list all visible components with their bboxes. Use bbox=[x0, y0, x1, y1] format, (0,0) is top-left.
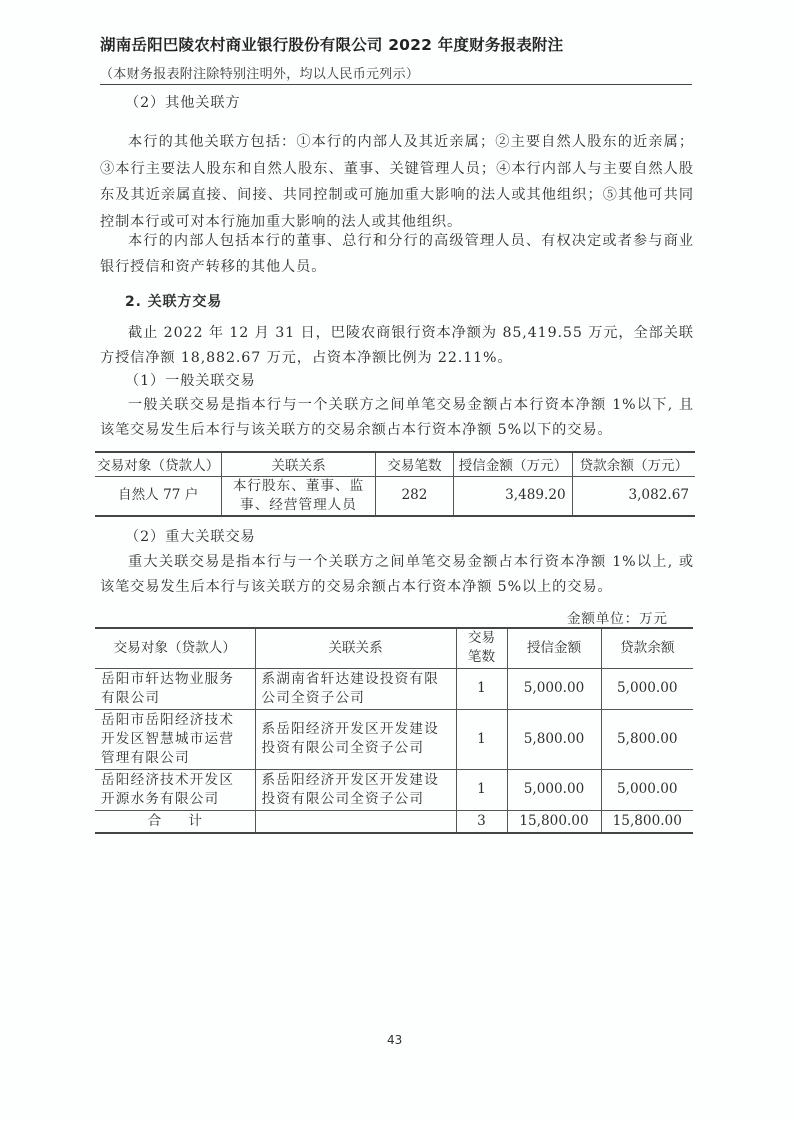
other-parties-heading: （2）其他关联方 bbox=[125, 90, 719, 116]
cell-loan-balance: 5,000.00 bbox=[601, 769, 693, 810]
page-number: 43 bbox=[387, 1033, 402, 1047]
column-header: 交易对象（贷款人） bbox=[95, 452, 222, 476]
major-transactions-paragraph: 重大关联交易是指本行与一个关联方之间单笔交易金额占本行资本净额 1%以上, 或该… bbox=[100, 550, 694, 599]
table-total-row: 合 计 3 15,800.00 15,800.00 bbox=[95, 810, 693, 833]
table-row: 岳阳市轩达物业服务有限公司 系湖南省轩达建设投资有限公司全资子公司 1 5,00… bbox=[95, 668, 693, 709]
table-row: 岳阳经济技术开发区开源水务有限公司 系岳阳经济开发区开发建设投资有限公司全资子公… bbox=[95, 769, 693, 810]
major-transactions-table: 交易对象（贷款人） 关联关系 交易笔数 授信金额 贷款余额 岳阳市轩达物业服务有… bbox=[95, 627, 693, 834]
cell-count: 1 bbox=[456, 769, 507, 810]
cell-total-label: 合 计 bbox=[95, 810, 255, 833]
table-header-row: 交易对象（贷款人） 关联关系 交易笔数 授信金额 贷款余额 bbox=[95, 628, 693, 668]
cell-total-count: 3 bbox=[456, 810, 507, 833]
column-header: 交易对象（贷款人） bbox=[95, 628, 255, 668]
table-row: 岳阳市岳阳经济技术开发区智慧城市运营管理有限公司 系岳阳经济开发区开发建设投资有… bbox=[95, 709, 693, 769]
report-subtitle: （本财务报表附注除特别注明外，均以人民币元列示） bbox=[100, 63, 419, 82]
unit-label: 金额单位：万元 bbox=[567, 607, 668, 627]
column-header: 关联关系 bbox=[222, 452, 375, 476]
column-header: 授信金额（万元） bbox=[454, 452, 572, 476]
cell-counterparty: 岳阳市轩达物业服务有限公司 bbox=[95, 668, 255, 709]
major-transactions-heading: （2）重大关联交易 bbox=[125, 525, 719, 550]
cell-credit-amount: 3,489.20 bbox=[454, 476, 572, 516]
column-header: 交易笔数 bbox=[456, 628, 507, 668]
table-header-row: 交易对象（贷款人） 关联关系 交易笔数 授信金额（万元） 贷款余额（万元） bbox=[95, 452, 695, 476]
cell-credit-amount: 5,800.00 bbox=[507, 709, 601, 769]
column-header: 关联关系 bbox=[255, 628, 456, 668]
column-header: 贷款余额（万元） bbox=[572, 452, 695, 476]
cell-total-loan-balance: 15,800.00 bbox=[601, 810, 693, 833]
general-transactions-heading: （1）一般关联交易 bbox=[125, 369, 719, 394]
report-title: 湖南岳阳巴陵农村商业银行股份有限公司 2022 年度财务报表附注 bbox=[100, 33, 563, 55]
cell-loan-balance: 3,082.67 bbox=[572, 476, 695, 516]
cell-total-relationship bbox=[255, 810, 456, 833]
cell-count: 282 bbox=[375, 476, 454, 516]
general-transactions-paragraph: 一般关联交易是指本行与一个关联方之间单笔交易金额占本行资本净额 1%以下, 且该… bbox=[100, 393, 694, 442]
other-parties-paragraph-1: 本行的其他关联方包括：①本行的内部人及其近亲属；②主要自然人股东的近亲属；③本行… bbox=[100, 129, 694, 235]
cell-relationship: 系岳阳经济开发区开发建设投资有限公司全资子公司 bbox=[255, 769, 456, 810]
transactions-heading: 2. 关联方交易 bbox=[125, 289, 719, 315]
header-divider bbox=[100, 84, 692, 85]
cell-credit-amount: 5,000.00 bbox=[507, 769, 601, 810]
general-transactions-table: 交易对象（贷款人） 关联关系 交易笔数 授信金额（万元） 贷款余额（万元） 自然… bbox=[95, 451, 695, 517]
cell-credit-amount: 5,000.00 bbox=[507, 668, 601, 709]
transactions-paragraph-1: 截止 2022 年 12 月 31 日，巴陵农商银行资本净额为 85,419.5… bbox=[100, 321, 694, 370]
cell-total-credit-amount: 15,800.00 bbox=[507, 810, 601, 833]
cell-counterparty: 岳阳经济技术开发区开源水务有限公司 bbox=[95, 769, 255, 810]
cell-relationship: 系岳阳经济开发区开发建设投资有限公司全资子公司 bbox=[255, 709, 456, 769]
column-header: 贷款余额 bbox=[601, 628, 693, 668]
cell-counterparty: 自然人 77 户 bbox=[95, 476, 222, 516]
cell-loan-balance: 5,000.00 bbox=[601, 668, 693, 709]
cell-count: 1 bbox=[456, 668, 507, 709]
other-parties-paragraph-2: 本行的内部人包括本行的董事、总行和分行的高级管理人员、有权决定或者参与商业银行授… bbox=[100, 228, 694, 280]
column-header: 授信金额 bbox=[507, 628, 601, 668]
cell-counterparty: 岳阳市岳阳经济技术开发区智慧城市运营管理有限公司 bbox=[95, 709, 255, 769]
cell-loan-balance: 5,800.00 bbox=[601, 709, 693, 769]
column-header: 交易笔数 bbox=[375, 452, 454, 476]
cell-count: 1 bbox=[456, 709, 507, 769]
cell-relationship: 系湖南省轩达建设投资有限公司全资子公司 bbox=[255, 668, 456, 709]
table-row: 自然人 77 户 本行股东、董事、监事、经营管理人员 282 3,489.20 … bbox=[95, 476, 695, 516]
cell-relationship: 本行股东、董事、监事、经营管理人员 bbox=[222, 476, 375, 516]
